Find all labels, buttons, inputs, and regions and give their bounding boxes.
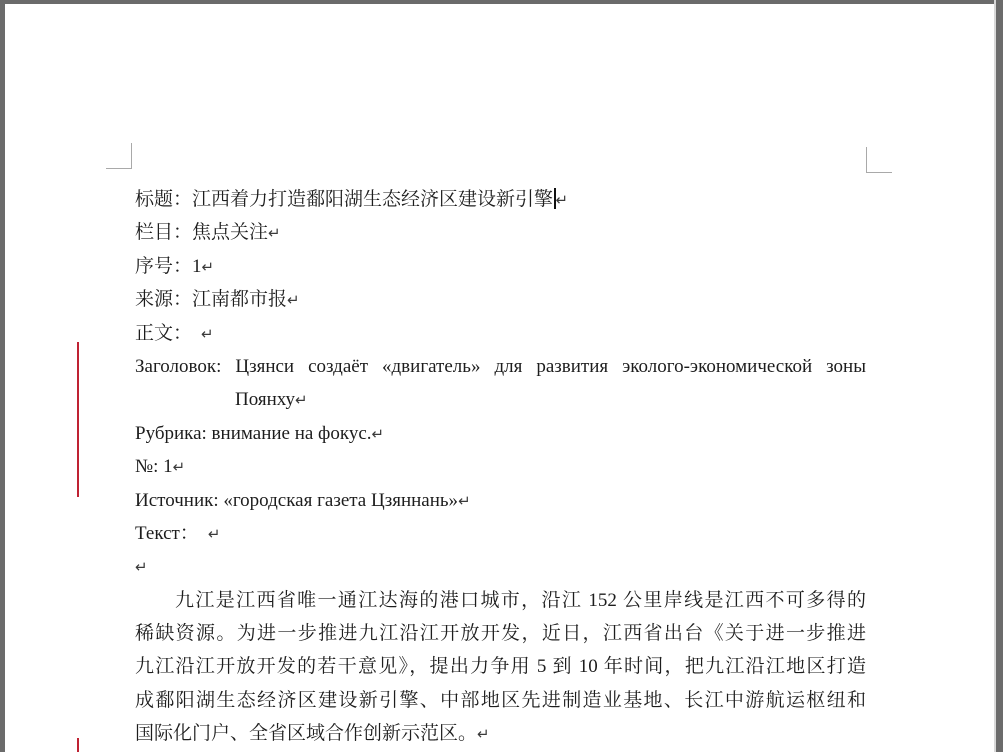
zh-body-label-text[interactable]: 正文： xyxy=(135,323,192,344)
paragraph-mark-icon: ↵ xyxy=(173,458,186,476)
doc-line-zh-column[interactable]: 栏目：焦点关注↵ xyxy=(135,216,866,249)
paragraph-mark-icon: ↵ xyxy=(295,391,308,409)
doc-line-body-1[interactable]: 九江是江西省唯一通江达海的港口城市，沿江 152 公里岸线是江西不可多得的 xyxy=(135,584,866,617)
doc-line-ru-headline-2[interactable]: Поянху↵ xyxy=(135,383,866,416)
zh-source-text[interactable]: 来源：江南都市报 xyxy=(135,289,287,310)
body-text-4[interactable]: 成鄱阳湖生态经济区建设新引擎、中部地区先进制造业基地、长江中游航运枢纽和 xyxy=(135,690,866,711)
doc-line-ru-text-label[interactable]: Текст：↵ xyxy=(135,517,866,550)
paragraph-mark-icon: ↵ xyxy=(208,525,221,543)
paragraph-mark-icon: ↵ xyxy=(268,224,281,242)
doc-line-zh-title[interactable]: 标题：江西着力打造鄱阳湖生态经济区建设新引擎↵ xyxy=(135,183,866,216)
doc-line-zh-number[interactable]: 序号：1↵ xyxy=(135,250,866,283)
change-bar-bottom xyxy=(77,738,79,752)
doc-line-ru-headline-1[interactable]: Заголовок: Цзянси создаёт «двигатель» дл… xyxy=(135,350,866,383)
paragraph-mark-icon: ↵ xyxy=(372,425,385,443)
paragraph-mark-icon: ↵ xyxy=(477,725,490,743)
ru-text-label-text[interactable]: Текст： xyxy=(135,523,199,544)
doc-line-ru-source[interactable]: Источник: «городская газета Цзяннань»↵ xyxy=(135,484,866,517)
text-boundary-mark-top-right xyxy=(866,147,892,173)
canvas-edge-top xyxy=(0,0,1003,4)
body-text-2[interactable]: 稀缺资源。为进一步推进九江沿江开放开发，近日，江西省出台《关于进一步推进 xyxy=(135,623,866,644)
paragraph-mark-icon: ↵ xyxy=(202,258,215,276)
doc-line-zh-body-label[interactable]: 正文：↵ xyxy=(135,317,866,350)
doc-line-body-4[interactable]: 成鄱阳湖生态经济区建设新引擎、中部地区先进制造业基地、长江中游航运枢纽和 xyxy=(135,684,866,717)
paragraph-mark-icon: ↵ xyxy=(201,325,214,343)
ru-headline-text-1[interactable]: Заголовок: Цзянси создаёт «двигатель» дл… xyxy=(135,356,866,377)
text-boundary-mark-top-left xyxy=(106,143,132,169)
doc-line-body-3[interactable]: 九江沿江开放开发的若干意见》，提出力争用 5 到 10 年时间，把九江沿江地区打… xyxy=(135,650,866,683)
body-text-1[interactable]: 九江是江西省唯一通江达海的港口城市，沿江 152 公里岸线是江西不可多得的 xyxy=(175,590,866,611)
paragraph-mark-icon: ↵ xyxy=(135,558,148,576)
ru-headline-text-2[interactable]: Поянху xyxy=(235,389,295,410)
doc-line-body-2[interactable]: 稀缺资源。为进一步推进九江沿江开放开发，近日，江西省出台《关于进一步推进 xyxy=(135,617,866,650)
doc-line-empty[interactable]: ↵ xyxy=(135,550,866,583)
paragraph-mark-icon: ↵ xyxy=(287,291,300,309)
canvas-edge-right xyxy=(996,0,1003,752)
zh-column-text[interactable]: 栏目：焦点关注 xyxy=(135,222,268,243)
ru-rubric-text[interactable]: Рубрика: внимание на фокус. xyxy=(135,423,372,444)
doc-line-zh-source[interactable]: 来源：江南都市报↵ xyxy=(135,283,866,316)
body-text-5[interactable]: 国际化门户、全省区域合作创新示范区。 xyxy=(135,723,477,744)
doc-line-body-5[interactable]: 国际化门户、全省区域合作创新示范区。↵ xyxy=(135,717,866,750)
change-bar-top xyxy=(77,342,79,497)
paragraph-mark-icon: ↵ xyxy=(556,191,569,209)
body-text-3[interactable]: 九江沿江开放开发的若干意见》，提出力争用 5 到 10 年时间，把九江沿江地区打… xyxy=(135,656,866,677)
doc-line-ru-rubric[interactable]: Рубрика: внимание на фокус.↵ xyxy=(135,417,866,450)
canvas-edge-left xyxy=(0,0,5,752)
ru-source-text[interactable]: Источник: «городская газета Цзяннань» xyxy=(135,490,458,511)
paragraph-mark-icon: ↵ xyxy=(458,492,471,510)
ru-number-text[interactable]: №: 1 xyxy=(135,456,173,477)
doc-line-ru-number[interactable]: №: 1↵ xyxy=(135,450,866,483)
zh-number-text[interactable]: 序号：1 xyxy=(135,256,202,277)
zh-title-text[interactable]: 标题：江西着力打造鄱阳湖生态经济区建设新引擎 xyxy=(135,189,553,210)
document-text-area[interactable]: 标题：江西着力打造鄱阳湖生态经济区建设新引擎↵ 栏目：焦点关注↵ 序号：1↵ 来… xyxy=(135,183,866,751)
